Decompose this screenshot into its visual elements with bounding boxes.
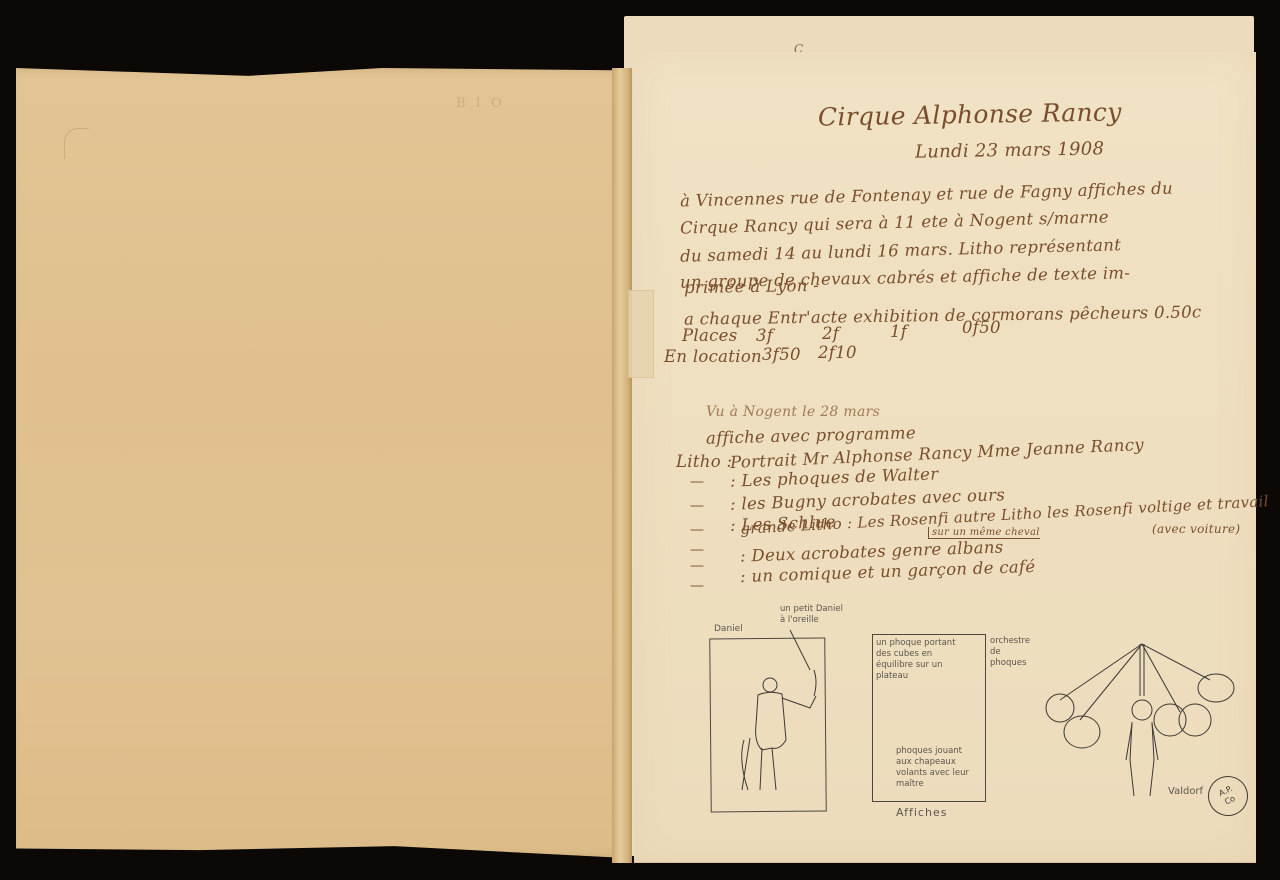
paragraph-line: primée à Lyon - [684,276,819,297]
list-dash: — [690,578,704,594]
sketch-caption: Affiches [896,806,947,819]
price-value: 0f50 [962,318,1001,337]
faint-pencil-mark [64,128,89,159]
list-dash: — [690,542,704,558]
man-with-umbrella-sketch [710,630,830,820]
price-value: 2f [822,324,839,343]
litho-label: Litho : [676,452,732,471]
price-value: 3f [756,326,773,345]
places-label: Places [682,326,738,345]
sketch-note: un phoque portant des cubes en équilibre… [876,638,956,682]
faint-stamp: B I O [456,96,505,111]
paper-tab-strip [628,290,654,378]
page-title: Cirque Alphonse Rancy [818,97,1122,131]
page-date: Lundi 23 mars 1908 [915,138,1105,162]
binding-gutter [612,68,632,863]
price-value: 2f10 [818,343,857,362]
sketch-note: phoques jouant aux chapeaux volants avec… [896,746,976,790]
left-page-blank: B I O [16,68,626,858]
sketch-note: orchestre de phoques [990,636,1030,669]
price-value: 1f [890,322,907,341]
valdorf-balancing-sketch [1040,640,1240,800]
list-dash: — [690,498,704,514]
sketch-label: Valdorf [1168,786,1203,797]
price-value: 3f50 [762,345,801,364]
list-dash: — [690,474,704,490]
annotation: (avec voiture) [1152,522,1240,536]
location-label: En location [664,347,762,366]
section-heading: Vu à Nogent le 28 mars [706,404,880,420]
list-dash: — [690,558,704,574]
sketch-label: un petit Daniel à l'oreille [780,604,850,626]
list-dash: — [690,522,704,538]
